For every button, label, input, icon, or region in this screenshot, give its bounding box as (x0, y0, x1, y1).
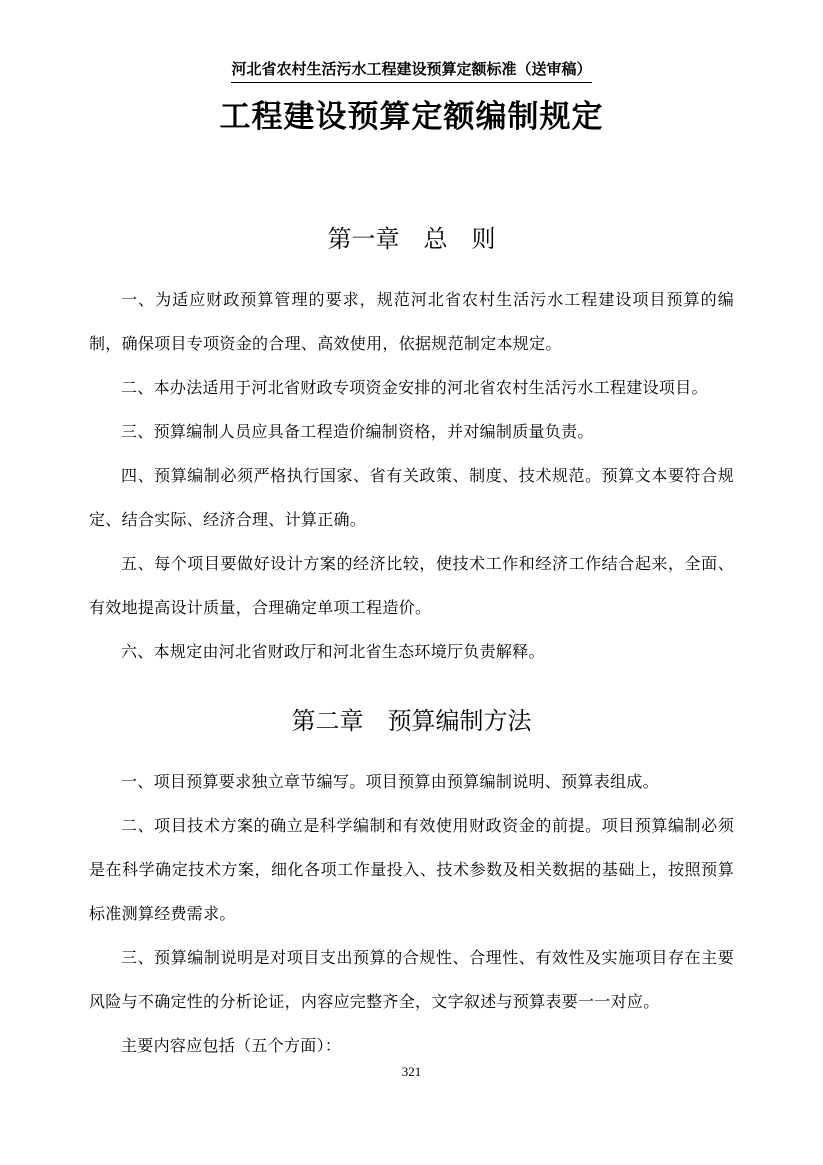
chapter-heading: 第二章 预算编制方法 (89, 705, 734, 739)
document-page: 河北省农村生活污水工程建设预算定额标准（送审稿） 工程建设预算定额编制规定 第一… (0, 0, 823, 1165)
paragraph: 五、每个项目要做好设计方案的经济比较，使技术工作和经济工作结合起来，全面、有效地… (89, 543, 734, 631)
chapters: 第一章 总 则一、为适应财政预算管理的要求，规范河北省农村生活污水工程建设项目预… (89, 223, 734, 1069)
paragraph: 二、本办法适用于河北省财政专项资金安排的河北省农村生活污水工程建设项目。 (89, 367, 734, 411)
paragraph: 二、项目技术方案的确立是科学编制和有效使用财政资金的前提。项目预算编制必须是在科… (89, 805, 734, 937)
page-header: 河北省农村生活污水工程建设预算定额标准（送审稿） (89, 60, 734, 83)
paragraph: 三、预算编制人员应具备工程造价编制资格，并对编制质量负责。 (89, 411, 734, 455)
document-title: 工程建设预算定额编制规定 (89, 97, 734, 137)
page-header-text: 河北省农村生活污水工程建设预算定额标准（送审稿） (231, 60, 591, 83)
paragraph: 主要内容应包括（五个方面）： (89, 1025, 734, 1069)
paragraph: 六、本规定由河北省财政厅和河北省生态环境厅负责解释。 (89, 631, 734, 675)
paragraph: 一、为适应财政预算管理的要求，规范河北省农村生活污水工程建设项目预算的编制，确保… (89, 279, 734, 367)
chapter-heading: 第一章 总 则 (89, 223, 734, 257)
page-number: 321 (0, 1064, 823, 1080)
paragraph: 三、预算编制说明是对项目支出预算的合规性、合理性、有效性及实施项目存在主要风险与… (89, 937, 734, 1025)
paragraph: 一、项目预算要求独立章节编写。项目预算由预算编制说明、预算表组成。 (89, 761, 734, 805)
paragraph: 四、预算编制必须严格执行国家、省有关政策、制度、技术规范。预算文本要符合规定、结… (89, 455, 734, 543)
